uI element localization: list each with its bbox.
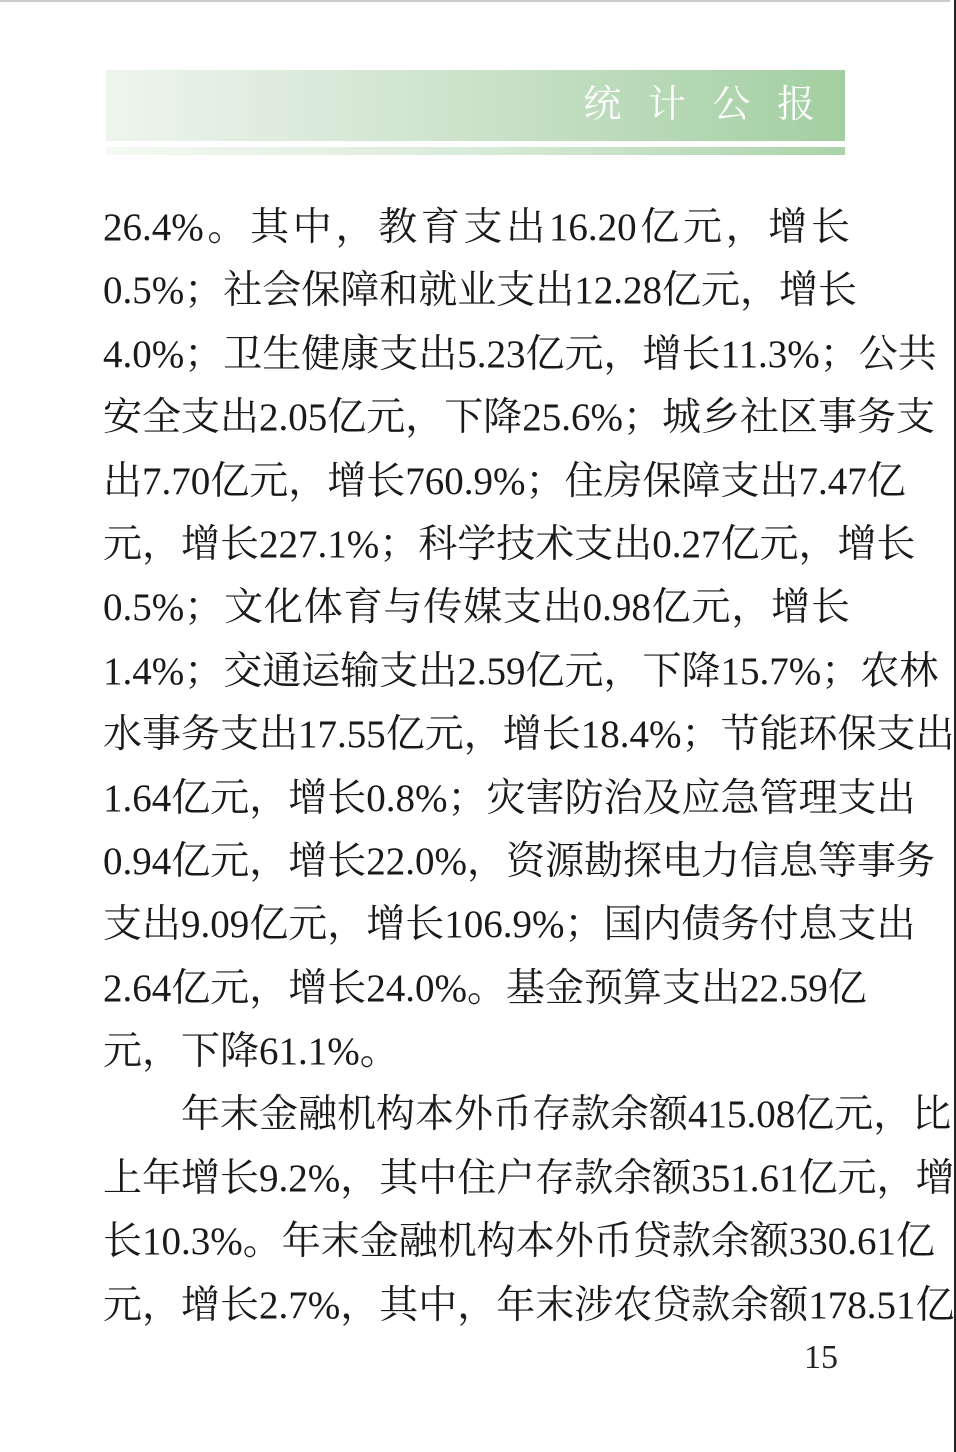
page-number: 15: [804, 1338, 864, 1378]
header-band: 统 计 公 报: [106, 70, 845, 141]
text-line: 2.64亿元，增长24.0%。基金预算支出22.59亿: [103, 957, 850, 1020]
page-header-title: 统 计 公 报: [583, 70, 845, 141]
text-line: 上年增长9.2%，其中住户存款余额351.61亿元，增: [103, 1147, 850, 1210]
text-line: 0.5%；文化体育与传媒支出0.98亿元，增长: [103, 576, 850, 639]
document-page: 统 计 公 报 26.4%。其中，教育支出16.20亿元，增长 0.5%；社会保…: [0, 0, 956, 1452]
text-line: 长10.3%。年末金融机构本外币贷款余额330.61亿: [103, 1210, 850, 1273]
text-line: 元，增长227.1%；科学技术支出0.27亿元，增长: [103, 513, 850, 576]
text-line: 安全支出2.05亿元，下降25.6%；城乡社区事务支: [103, 386, 850, 449]
text-line-paragraph-start: 年末金融机构本外币存款余额415.08亿元，比: [103, 1083, 850, 1146]
text-line: 0.5%；社会保障和就业支出12.28亿元，增长: [103, 259, 850, 322]
text-line: 4.0%；卫生健康支出5.23亿元，增长11.3%；公共: [103, 323, 850, 386]
text-line: 元，增长2.7%，其中，年末涉农贷款余额178.51亿: [103, 1274, 850, 1337]
text-line: 1.4%；交通运输支出2.59亿元，下降15.7%；农林: [103, 640, 850, 703]
text-line: 出7.70亿元，增长760.9%；住房保障支出7.47亿: [103, 450, 850, 513]
text-line: 1.64亿元，增长0.8%；灾害防治及应急管理支出: [103, 767, 850, 830]
body-text-block: 26.4%。其中，教育支出16.20亿元，增长 0.5%；社会保障和就业支出12…: [103, 196, 850, 1337]
text-line: 水事务支出17.55亿元，增长18.4%；节能环保支出: [103, 703, 850, 766]
text-line-paragraph-end: 元，下降61.1%。: [103, 1020, 850, 1083]
text-line: 支出9.09亿元，增长106.9%；国内债务付息支出: [103, 893, 850, 956]
scan-top-edge-line: [0, 0, 950, 2]
text-line: 26.4%。其中，教育支出16.20亿元，增长: [103, 196, 850, 259]
header-separator-strip: [106, 147, 845, 155]
text-line: 0.94亿元，增长22.0%，资源勘探电力信息等事务: [103, 830, 850, 893]
